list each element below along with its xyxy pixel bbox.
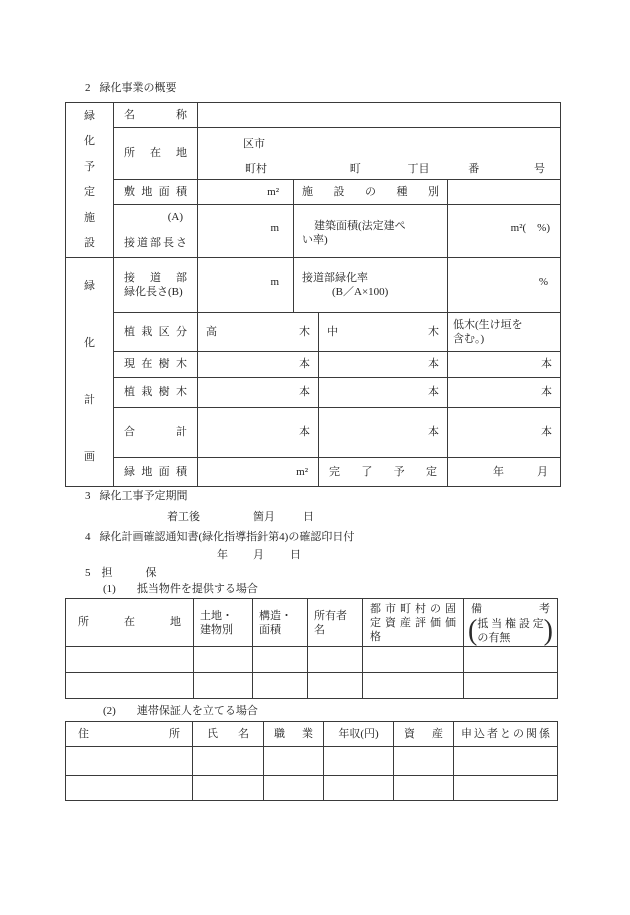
guarantor-header-income: 年収(円) bbox=[324, 722, 394, 747]
green-frontage-rate-line1: 接道部緑化率 bbox=[302, 271, 439, 285]
existing-tall-cell: 本 bbox=[198, 352, 319, 378]
mortgage-table: 所在地 土地・ 建物別 構造・ 面積 所有者 名 都市町村の固 定資産評価価 bbox=[65, 598, 558, 699]
medium-tree-cell: 中木 bbox=[319, 313, 448, 352]
guarantor-table: 住所 氏名 職業 年収(円) 資産 申込者との関係 bbox=[65, 721, 558, 801]
building-area-value-cell: m²( %) bbox=[448, 205, 561, 258]
completion-value-cell: 年 月 bbox=[448, 458, 561, 487]
section2-number: 2 bbox=[85, 81, 91, 95]
total-medium-cell: 本 bbox=[319, 408, 448, 458]
green-frontage-label-cell: 接道部 緑化長さ(B) bbox=[114, 258, 198, 313]
building-area-label-cell: 建築面積(法定建ぺ い率) bbox=[294, 205, 448, 258]
address-token: 番 bbox=[468, 163, 479, 175]
header-label-line: 所有者 bbox=[314, 609, 362, 623]
vlabel-char: 定 bbox=[84, 185, 95, 200]
mortgage-header-structure-area: 構造・ 面積 bbox=[253, 599, 308, 647]
section4-title: 緑化計画確認通知書(緑化指導指針第4)の確認印日付 bbox=[100, 530, 355, 544]
mortgage-empty-cell bbox=[194, 647, 253, 673]
frontage-label-cell: (A) 接道部長さ bbox=[114, 205, 198, 258]
count-unit: 本 bbox=[198, 385, 318, 400]
section4-heading: 4 緑化計画確認通知書(緑化指導指針第4)の確認印日付 bbox=[85, 530, 354, 544]
vlabel-char: 計 bbox=[84, 393, 95, 408]
guarantor-empty-cell bbox=[394, 747, 454, 776]
count-unit: 本 bbox=[319, 425, 447, 440]
low-tree-cell: 低木(生け垣を 含む。) bbox=[448, 313, 561, 352]
total-tall-cell: 本 bbox=[198, 408, 319, 458]
remarks-title: 備考 bbox=[471, 602, 550, 617]
mortgage-caption-number: (1) bbox=[103, 582, 116, 596]
building-area-unit: m²( %) bbox=[448, 221, 560, 241]
remarks-note-line2: の有無 bbox=[477, 631, 543, 645]
section3-subline: 着工後 箇月 日 bbox=[65, 510, 314, 524]
existing-medium-cell: 本 bbox=[319, 352, 448, 378]
mortgage-empty-cell bbox=[464, 647, 558, 673]
green-frontage-rate-label-cell: 接道部緑化率 (B／A×100) bbox=[294, 258, 448, 313]
tall-tree-label: 高木 bbox=[198, 325, 318, 340]
building-area-label-line1: 建築面積(法定建ぺ bbox=[302, 219, 439, 233]
site-area-label-cell: 敷地面積 bbox=[114, 180, 198, 205]
mortgage-empty-cell bbox=[308, 673, 363, 699]
address-token: 号 bbox=[534, 163, 545, 175]
guarantor-empty-cell bbox=[264, 747, 324, 776]
section4-number: 4 bbox=[85, 530, 91, 544]
header-label-line: 構造・ bbox=[259, 609, 307, 623]
mortgage-empty-cell bbox=[66, 647, 194, 673]
year-label: 年 bbox=[217, 548, 228, 562]
vlabel-char: 緑 bbox=[84, 279, 95, 294]
section2-title: 緑化事業の概要 bbox=[100, 81, 177, 95]
existing-trees-label-cell: 現在樹木 bbox=[114, 352, 198, 378]
count-unit: 本 bbox=[448, 385, 560, 400]
guarantor-caption-text: 連帯保証人を立てる場合 bbox=[137, 704, 258, 718]
header-label: 所在地 bbox=[78, 615, 181, 630]
section2-heading: 2 緑化事業の概要 bbox=[85, 81, 177, 95]
day-label: 日 bbox=[290, 548, 301, 562]
mortgage-empty-cell bbox=[253, 647, 308, 673]
green-area-label-cell: 緑地面積 bbox=[114, 458, 198, 487]
green-frontage-rate-value-cell: % bbox=[448, 258, 561, 313]
after-start-label: 着工後 bbox=[167, 510, 200, 524]
guarantor-header-name: 氏名 bbox=[193, 722, 264, 747]
mortgage-empty-cell bbox=[194, 673, 253, 699]
planted-low-cell: 本 bbox=[448, 378, 561, 408]
section5-heading: 5 担 保 bbox=[85, 566, 157, 580]
existing-low-cell: 本 bbox=[448, 352, 561, 378]
name-value-cell bbox=[198, 103, 561, 128]
section5-title: 担 保 bbox=[102, 566, 157, 580]
planting-class-label-cell: 植栽区分 bbox=[114, 313, 198, 352]
section3-title: 緑化工事予定期間 bbox=[100, 489, 188, 503]
address-line1: 区市 bbox=[198, 136, 560, 153]
planted-trees-label: 植栽樹木 bbox=[124, 385, 187, 400]
existing-trees-label: 現在樹木 bbox=[124, 357, 187, 372]
site-area-unit: m² bbox=[198, 185, 293, 200]
header-label-line: 土地・ bbox=[200, 609, 252, 623]
scanned-form-page: { "colors": { "background": "#ffffff", "… bbox=[0, 0, 630, 915]
guarantor-empty-cell bbox=[193, 776, 264, 801]
guarantor-empty-cell bbox=[454, 776, 558, 801]
vertical-label-planned-facility-cell: 緑 化 予 定 施 設 bbox=[66, 103, 114, 258]
header-label-line: 建物別 bbox=[200, 623, 252, 637]
guarantor-empty-cell bbox=[324, 747, 394, 776]
medium-tree-label: 中木 bbox=[319, 325, 447, 340]
count-unit: 本 bbox=[448, 425, 560, 440]
green-frontage-label-line2: 緑化長さ(B) bbox=[124, 285, 187, 299]
frontage-value-cell: m bbox=[198, 205, 294, 258]
vertical-label-greening-plan-cell: 緑 化 計 画 bbox=[66, 258, 114, 487]
header-label: 職業 bbox=[274, 727, 313, 742]
address-token: 丁目 bbox=[408, 163, 430, 175]
section3-number: 3 bbox=[85, 489, 91, 503]
name-label: 名称 bbox=[124, 108, 187, 123]
guarantor-header-relation: 申込者との関係 bbox=[454, 722, 558, 747]
low-tree-label-line1: 低木(生け垣を bbox=[453, 318, 560, 332]
frontage-label: 接道部長さ bbox=[124, 236, 187, 251]
name-label-cell: 名称 bbox=[114, 103, 198, 128]
planted-trees-label-cell: 植栽樹木 bbox=[114, 378, 198, 408]
guarantor-caption: (2) 連帯保証人を立てる場合 bbox=[103, 704, 258, 718]
vlabel-char: 画 bbox=[84, 450, 95, 465]
guarantor-empty-cell bbox=[264, 776, 324, 801]
frontage-label-a: (A) bbox=[114, 210, 197, 225]
header-label: 年収(円) bbox=[338, 728, 378, 740]
completion-label-cell: 完了予定 bbox=[319, 458, 448, 487]
vlabel-char: 施 bbox=[84, 211, 95, 226]
guarantor-empty-cell bbox=[454, 747, 558, 776]
guarantor-empty-cell bbox=[324, 776, 394, 801]
green-frontage-value-cell: m bbox=[198, 258, 294, 313]
vlabel-char: 化 bbox=[84, 336, 95, 351]
green-frontage-label-line1: 接道部 bbox=[124, 271, 187, 285]
guarantor-caption-number: (2) bbox=[103, 704, 116, 718]
vlabel-char: 予 bbox=[84, 160, 95, 175]
mortgage-empty-cell bbox=[363, 673, 464, 699]
count-unit: 本 bbox=[448, 357, 560, 372]
facility-type-label-cell: 施設の種別 bbox=[294, 180, 448, 205]
guarantor-empty-cell bbox=[66, 747, 193, 776]
guarantor-header-occupation: 職業 bbox=[264, 722, 324, 747]
frontage-unit: m bbox=[198, 221, 293, 241]
completion-date-unit: 年 月 bbox=[448, 465, 560, 480]
address-line2: 町村 町 丁目 番 号 bbox=[198, 161, 560, 178]
planted-medium-cell: 本 bbox=[319, 378, 448, 408]
green-area-label: 緑地面積 bbox=[124, 465, 187, 480]
header-label: 申込者との関係 bbox=[454, 727, 557, 742]
month-label: 月 bbox=[253, 548, 264, 562]
close-bracket: ) bbox=[544, 616, 553, 645]
section4-subline: 年 月 日 bbox=[65, 548, 301, 562]
site-area-value-cell: m² bbox=[198, 180, 294, 205]
facility-type-value-cell bbox=[448, 180, 561, 205]
total-label-cell: 合計 bbox=[114, 408, 198, 458]
planted-tall-cell: 本 bbox=[198, 378, 319, 408]
address-value-cell: 区市 町村 町 丁目 番 号 bbox=[198, 128, 561, 180]
open-bracket: ( bbox=[468, 616, 477, 645]
count-unit: 本 bbox=[198, 357, 318, 372]
mortgage-empty-cell bbox=[308, 647, 363, 673]
count-unit: 本 bbox=[319, 357, 447, 372]
header-label: 住所 bbox=[78, 727, 180, 742]
completion-label: 完了予定 bbox=[329, 465, 437, 480]
header-label: 氏名 bbox=[207, 727, 249, 742]
mortgage-caption: (1) 抵当物件を提供する場合 bbox=[103, 582, 258, 596]
guarantor-empty-cell bbox=[66, 776, 193, 801]
green-frontage-rate-formula: (B／A×100) bbox=[302, 285, 439, 299]
mortgage-header-remarks: 備考 ( 抵当権設定 の有無 ) bbox=[464, 599, 558, 647]
address-token: 町村 bbox=[245, 163, 267, 175]
tall-tree-cell: 高木 bbox=[198, 313, 319, 352]
facility-type-label: 施設の種別 bbox=[294, 185, 447, 200]
greening-overview-table: 緑 化 予 定 施 設 名称 所在地 区市 町村 町 丁目 番 bbox=[65, 102, 561, 487]
vlabel-char: 化 bbox=[84, 134, 95, 149]
mortgage-header-land-building: 土地・ 建物別 bbox=[194, 599, 253, 647]
mortgage-caption-text: 抵当物件を提供する場合 bbox=[137, 582, 258, 596]
mortgage-empty-cell bbox=[363, 647, 464, 673]
count-unit: 本 bbox=[319, 385, 447, 400]
mortgage-empty-cell bbox=[66, 673, 194, 699]
address-label: 所在地 bbox=[124, 146, 187, 161]
green-area-value-cell: m² bbox=[198, 458, 319, 487]
days-label: 日 bbox=[303, 510, 314, 524]
guarantor-empty-cell bbox=[394, 776, 454, 801]
mortgage-header-valuation: 都市町村の固 定資産評価価 格 bbox=[363, 599, 464, 647]
guarantor-header-address: 住所 bbox=[66, 722, 193, 747]
months-label: 箇月 bbox=[253, 510, 275, 524]
guarantor-empty-cell bbox=[193, 747, 264, 776]
green-frontage-unit: m bbox=[198, 275, 293, 296]
header-label: 資産 bbox=[404, 727, 443, 742]
green-frontage-rate-unit: % bbox=[448, 275, 560, 296]
address-label-cell: 所在地 bbox=[114, 128, 198, 180]
vertical-label-planned-facility: 緑 化 予 定 施 設 bbox=[66, 104, 113, 257]
header-label-line: 定資産評価価 bbox=[370, 616, 456, 630]
low-tree-label-line2: 含む。) bbox=[453, 332, 560, 346]
mortgage-empty-cell bbox=[253, 673, 308, 699]
count-unit: 本 bbox=[198, 425, 318, 440]
planting-class-label: 植栽区分 bbox=[124, 325, 187, 340]
remarks-note-line1: 抵当権設定 bbox=[477, 617, 543, 631]
mortgage-header-location: 所在地 bbox=[66, 599, 194, 647]
mortgage-header-owner: 所有者 名 bbox=[308, 599, 363, 647]
total-low-cell: 本 bbox=[448, 408, 561, 458]
site-area-label: 敷地面積 bbox=[124, 185, 187, 200]
green-area-unit: m² bbox=[198, 465, 318, 480]
total-label: 合計 bbox=[124, 425, 187, 440]
header-label-line: 都市町村の固 bbox=[370, 602, 456, 616]
building-area-label-line2: い率) bbox=[302, 233, 439, 247]
section5-number: 5 bbox=[85, 566, 91, 580]
header-label-line: 面積 bbox=[259, 623, 307, 637]
vlabel-char: 緑 bbox=[84, 109, 95, 124]
guarantor-header-assets: 資産 bbox=[394, 722, 454, 747]
header-label-line: 名 bbox=[314, 623, 362, 637]
address-token: 町 bbox=[350, 163, 361, 175]
header-label-line: 格 bbox=[370, 630, 456, 644]
mortgage-empty-cell bbox=[464, 673, 558, 699]
vlabel-char: 設 bbox=[84, 236, 95, 251]
section3-heading: 3 緑化工事予定期間 bbox=[85, 489, 188, 503]
vertical-label-greening-plan: 緑 化 計 画 bbox=[66, 259, 113, 486]
